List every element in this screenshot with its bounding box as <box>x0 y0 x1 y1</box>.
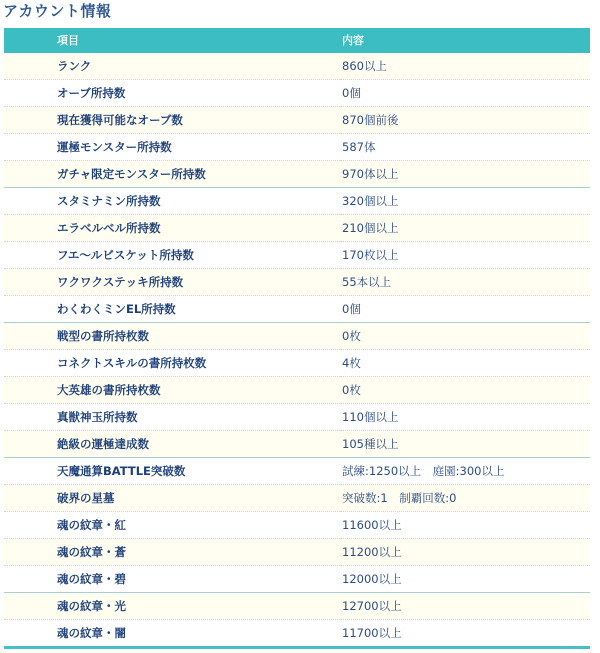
row-value-fueru-biscuit: 170枚以上 <box>340 242 590 269</box>
row-value-hakai-no-seibo: 突破数:1 制覇回数:0 <box>340 485 590 512</box>
row-item-zekkyu-unkyoku: 絶級の運極達成数 <box>4 431 340 458</box>
row-item-soul-emblem-light: 魂の紋章・光 <box>4 593 340 620</box>
account-info-table: 項目 内容 ランク 860以上 オーブ所持数 0個 現在獲得可能なオーブ数 87… <box>4 28 590 649</box>
row-item-unkyoku-monsters: 運極モンスター所持数 <box>4 134 340 161</box>
table-row: 魂の紋章・碧 12000以上 <box>4 566 590 593</box>
column-header-item: 項目 <box>4 28 340 53</box>
row-item-fueru-biscuit: フエ〜ルビスケット所持数 <box>4 242 340 269</box>
row-value-soul-emblem-light: 12700以上 <box>340 593 590 620</box>
table-row: ガチャ限定モンスター所持数 970体以上 <box>4 161 590 188</box>
row-value-senkei-book: 0枚 <box>340 323 590 350</box>
row-item-tenma-battle: 天魔通算BATTLE突破数 <box>4 458 340 485</box>
row-value-zekkyu-unkyoku: 105種以上 <box>340 431 590 458</box>
table-body: ランク 860以上 オーブ所持数 0個 現在獲得可能なオーブ数 870個前後 運… <box>4 53 590 648</box>
table-row: 破界の星墓 突破数:1 制覇回数:0 <box>4 485 590 512</box>
row-item-senkei-book: 戦型の書所持枚数 <box>4 323 340 350</box>
table-row: 戦型の書所持枚数 0枚 <box>4 323 590 350</box>
row-item-rank: ランク <box>4 53 340 80</box>
row-value-connect-skill-book: 4枚 <box>340 350 590 377</box>
row-value-eraberubel: 210個以上 <box>340 215 590 242</box>
table-row: 真獣神玉所持数 110個以上 <box>4 404 590 431</box>
table-row: 現在獲得可能なオーブ数 870個前後 <box>4 107 590 134</box>
row-item-staminamin: スタミナミン所持数 <box>4 188 340 215</box>
table-row: ランク 860以上 <box>4 53 590 80</box>
table-row: 天魔通算BATTLE突破数 試練:1250以上 庭園:300以上 <box>4 458 590 485</box>
row-value-gacha-limited-monsters: 970体以上 <box>340 161 590 188</box>
row-item-obtainable-orbs: 現在獲得可能なオーブ数 <box>4 107 340 134</box>
row-item-shin-jushingyoku: 真獣神玉所持数 <box>4 404 340 431</box>
table-row: 魂の紋章・闇 11700以上 <box>4 620 590 648</box>
row-item-great-hero-book: 大英雄の書所持枚数 <box>4 377 340 404</box>
table-row: コネクトスキルの書所持枚数 4枚 <box>4 350 590 377</box>
table-row: スタミナミン所持数 320個以上 <box>4 188 590 215</box>
table-row: 魂の紋章・紅 11600以上 <box>4 512 590 539</box>
column-header-content: 内容 <box>340 28 590 53</box>
table-row: 運極モンスター所持数 587体 <box>4 134 590 161</box>
row-item-wakuwakumin-el: わくわくミンEL所持数 <box>4 296 340 323</box>
table-row: わくわくミンEL所持数 0個 <box>4 296 590 323</box>
row-item-soul-emblem-green: 魂の紋章・碧 <box>4 566 340 593</box>
row-value-soul-emblem-red: 11600以上 <box>340 512 590 539</box>
row-value-shin-jushingyoku: 110個以上 <box>340 404 590 431</box>
page-title: アカウント情報 <box>3 1 111 21</box>
row-item-gacha-limited-monsters: ガチャ限定モンスター所持数 <box>4 161 340 188</box>
row-value-obtainable-orbs: 870個前後 <box>340 107 590 134</box>
table-row: エラベルベル所持数 210個以上 <box>4 215 590 242</box>
table-row: 魂の紋章・光 12700以上 <box>4 593 590 620</box>
row-value-rank: 860以上 <box>340 53 590 80</box>
row-item-connect-skill-book: コネクトスキルの書所持枚数 <box>4 350 340 377</box>
row-item-hakai-no-seibo: 破界の星墓 <box>4 485 340 512</box>
table-row: 魂の紋章・蒼 11200以上 <box>4 539 590 566</box>
row-item-soul-emblem-blue: 魂の紋章・蒼 <box>4 539 340 566</box>
row-item-eraberubel: エラベルベル所持数 <box>4 215 340 242</box>
row-value-unkyoku-monsters: 587体 <box>340 134 590 161</box>
row-value-orb-count: 0個 <box>340 80 590 107</box>
row-item-soul-emblem-red: 魂の紋章・紅 <box>4 512 340 539</box>
table-row: ワクワクステッキ所持数 55本以上 <box>4 269 590 296</box>
row-value-great-hero-book: 0枚 <box>340 377 590 404</box>
row-value-staminamin: 320個以上 <box>340 188 590 215</box>
row-value-soul-emblem-blue: 11200以上 <box>340 539 590 566</box>
row-item-wakuwaku-stick: ワクワクステッキ所持数 <box>4 269 340 296</box>
table-row: オーブ所持数 0個 <box>4 80 590 107</box>
row-value-wakuwaku-stick: 55本以上 <box>340 269 590 296</box>
row-value-soul-emblem-green: 12000以上 <box>340 566 590 593</box>
table-header-row: 項目 内容 <box>4 28 590 53</box>
table-row: フエ〜ルビスケット所持数 170枚以上 <box>4 242 590 269</box>
table-row: 絶級の運極達成数 105種以上 <box>4 431 590 458</box>
row-value-wakuwakumin-el: 0個 <box>340 296 590 323</box>
table-row: 大英雄の書所持枚数 0枚 <box>4 377 590 404</box>
row-item-soul-emblem-dark: 魂の紋章・闇 <box>4 620 340 648</box>
row-value-soul-emblem-dark: 11700以上 <box>340 620 590 648</box>
row-value-tenma-battle: 試練:1250以上 庭園:300以上 <box>340 458 590 485</box>
row-item-orb-count: オーブ所持数 <box>4 80 340 107</box>
table-header: 項目 内容 <box>4 28 590 53</box>
